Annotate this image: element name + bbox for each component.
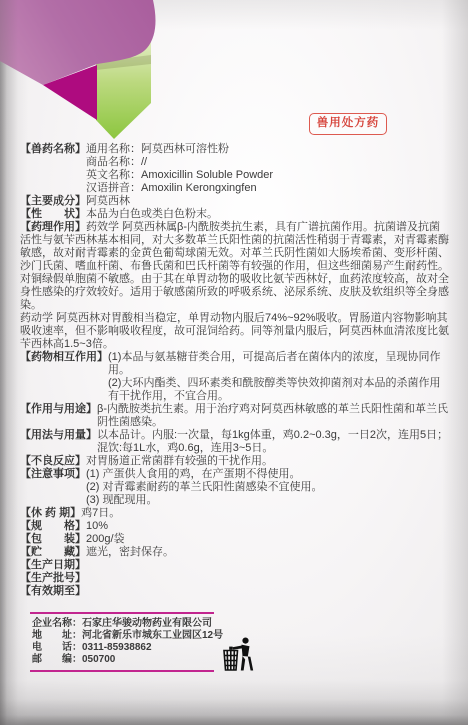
section-label: 【用法与用量】 [20, 429, 97, 455]
section-adverse-reactions: 【不良反应】对胃肠道正常菌群有较强的干扰作用。 [20, 455, 449, 468]
section-content: 药效学 阿莫西林属β-内酰胺类抗生素，具有广谱抗菌作用。抗菌谱及抗菌活性与氨苄西… [20, 221, 449, 351]
section-label: 【休 药 期】 [20, 507, 81, 520]
section-label: 【贮 藏】 [20, 546, 86, 559]
section-content [86, 572, 449, 585]
section-label: 【兽药名称】 [20, 143, 86, 195]
monograph-body: 【兽药名称】通用名称：阿莫西林可溶性粉 商品名称：// 英文名称：Amoxici… [20, 143, 449, 598]
section-precautions: 【注意事项】(1) 产蛋供人食用的鸡，在产蛋期不得使用。 (2) 对青霉素耐药的… [20, 468, 449, 507]
section-batch-number: 【生产批号】 [20, 572, 449, 585]
section-content: 10% [86, 520, 449, 533]
section-content: 200g/袋 [86, 533, 449, 546]
section-label: 【生产批号】 [20, 572, 86, 585]
section-specification: 【规 格】10% [20, 520, 449, 533]
section-content: 遮光，密封保存。 [86, 546, 449, 559]
section-main-ingredient: 【主要成分】阿莫西林 [20, 195, 449, 208]
section-label: 【药物相互作用】 [20, 351, 108, 403]
prescription-badge: 兽用处方药 [309, 113, 387, 135]
section-label: 【主要成分】 [20, 195, 86, 208]
dispose-properly-icon [220, 636, 254, 673]
section-indications: 【作用与用途】β-内酰胺类抗生素。用于治疗鸡对阿莫西林敏感的革兰氏阳性菌和革兰氏… [20, 403, 449, 429]
section-drug-interactions: 【药物相互作用】(1)本品与氨基糖苷类合用，可提高后者在菌体内的浓度，呈现协同作… [20, 351, 449, 403]
section-content: 鸡7日。 [81, 507, 449, 520]
section-drug-name: 【兽药名称】通用名称：阿莫西林可溶性粉 商品名称：// 英文名称：Amoxici… [20, 143, 449, 195]
section-dosage: 【用法与用量】以本品计。内服:一次量，每1kg体重，鸡0.2~0.3g，一日2次… [20, 429, 449, 455]
section-packaging: 【包 装】200g/袋 [20, 533, 449, 546]
section-content: 通用名称：阿莫西林可溶性粉 商品名称：// 英文名称：Amoxicillin S… [86, 143, 449, 195]
company-name: 企业名称：石家庄华骏动物药业有限公司 [32, 618, 214, 630]
section-content [86, 559, 449, 572]
company-postcode: 邮 编：050700 [32, 654, 214, 666]
section-label: 【规 格】 [20, 520, 86, 533]
manufacturer-info-block: 企业名称：石家庄华骏动物药业有限公司 地 址：河北省新乐市城东工业园区12号 电… [30, 612, 214, 672]
section-label: 【不良反应】 [20, 455, 86, 468]
section-label: 【包 装】 [20, 533, 86, 546]
drug-label-page: 兽用处方药 【兽药名称】通用名称：阿莫西林可溶性粉 商品名称：// 英文名称：A… [0, 0, 468, 725]
section-label: 【注意事项】 [20, 468, 86, 507]
section-production-date: 【生产日期】 [20, 559, 449, 572]
section-withdrawal-period: 【休 药 期】鸡7日。 [20, 507, 449, 520]
section-label: 【药理作用】 [20, 221, 86, 234]
section-pharmacology: 【药理作用】药效学 阿莫西林属β-内酰胺类抗生素，具有广谱抗菌作用。抗菌谱及抗菌… [20, 221, 449, 351]
section-content: 以本品计。内服:一次量，每1kg体重，鸡0.2~0.3g，一日2次，连用5日； … [97, 429, 449, 455]
section-content [86, 585, 449, 598]
section-label: 【生产日期】 [20, 559, 86, 572]
section-content: 对胃肠道正常菌群有较强的干扰作用。 [86, 455, 449, 468]
section-storage: 【贮 藏】遮光，密封保存。 [20, 546, 449, 559]
section-content: 本品为白色或类白色粉末。 [86, 208, 449, 221]
section-content: (1)本品与氨基糖苷类合用，可提高后者在菌体内的浓度，呈现协同作用。 (2)大环… [108, 351, 449, 403]
corner-ribbon-decoration [0, 0, 160, 150]
section-label: 【作用与用途】 [20, 403, 97, 429]
section-description: 【性 状】本品为白色或类白色粉末。 [20, 208, 449, 221]
company-address: 地 址：河北省新乐市城东工业园区12号 [32, 630, 214, 642]
company-phone: 电 话：0311-85938862 [32, 642, 214, 654]
section-content: β-内酰胺类抗生素。用于治疗鸡对阿莫西林敏感的革兰氏阳性菌和革兰氏阴性菌感染。 [97, 403, 449, 429]
section-expiry-date: 【有效期至】 [20, 585, 449, 598]
section-label: 【性 状】 [20, 208, 86, 221]
section-content: (1) 产蛋供人食用的鸡，在产蛋期不得使用。 (2) 对青霉素耐药的革兰氏阳性菌… [86, 468, 449, 507]
section-content: 阿莫西林 [86, 195, 449, 208]
section-label: 【有效期至】 [20, 585, 86, 598]
